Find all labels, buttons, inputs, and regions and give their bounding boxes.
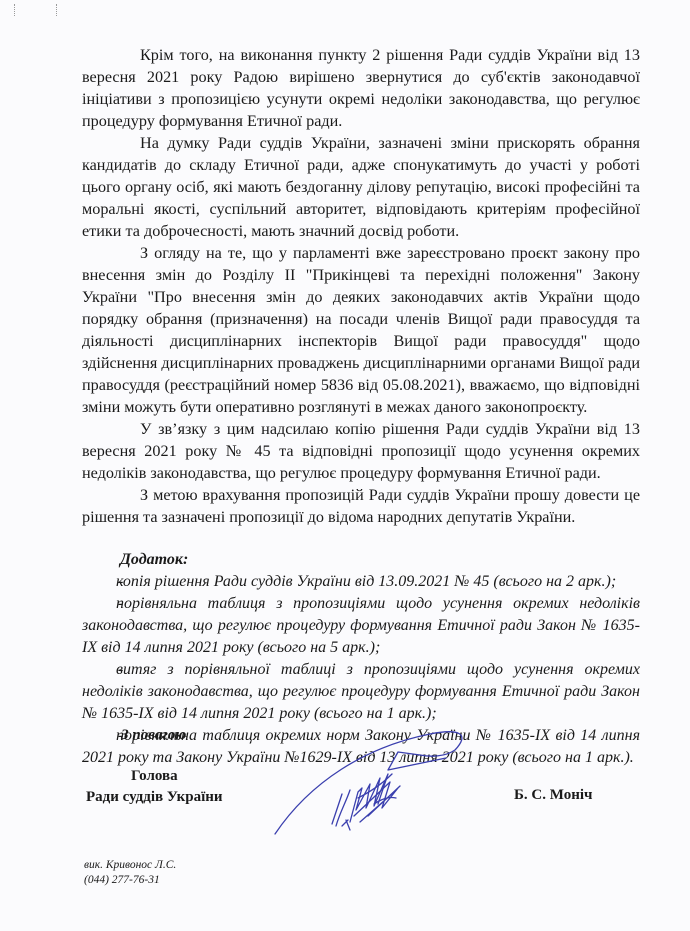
closing-phrase: З повагою — [121, 727, 186, 744]
scan-mark-left — [14, 4, 16, 16]
signatory-position: Голова Ради суддів України — [86, 766, 223, 808]
paragraph-5: З метою врахування пропозицій Ради судді… — [82, 484, 640, 528]
paragraph-1: Крім того, на виконання пункту 2 рішення… — [82, 44, 640, 132]
scan-mark-right — [56, 4, 58, 16]
attachments-title: Додаток: — [82, 549, 640, 571]
paragraph-4: У зв’язку з цим надсилаю копію рішення Р… — [82, 418, 640, 484]
executor-name: вик. Кривонос Л.С. — [84, 858, 176, 873]
list-dash: - — [100, 725, 116, 747]
attachment-item: -порівняльна таблиця з пропозиціями щодо… — [82, 593, 640, 659]
signature-icon — [270, 712, 480, 837]
list-dash: - — [100, 593, 116, 615]
letter-body: Крім того, на виконання пункту 2 рішення… — [82, 44, 640, 769]
signatory-name: Б. С. Моніч — [514, 787, 592, 804]
list-dash: - — [100, 571, 116, 593]
paragraph-2: На думку Ради суддів України, зазначені … — [82, 132, 640, 242]
list-dash: - — [100, 659, 116, 681]
attachment-text: порівняльна таблиця з пропозиціями щодо … — [82, 595, 640, 656]
attachment-text: копія рішення Ради суддів України від 13… — [116, 573, 616, 590]
position-title: Голова — [86, 766, 223, 787]
executor-phone: (044) 277-76-31 — [84, 873, 176, 888]
paragraph-3: З огляду на те, що у парламенті вже заре… — [82, 242, 640, 418]
position-org: Ради суддів України — [86, 787, 223, 808]
attachment-item: -копія рішення Ради суддів України від 1… — [82, 571, 640, 593]
executor-info: вик. Кривонос Л.С. (044) 277-76-31 — [84, 858, 176, 888]
